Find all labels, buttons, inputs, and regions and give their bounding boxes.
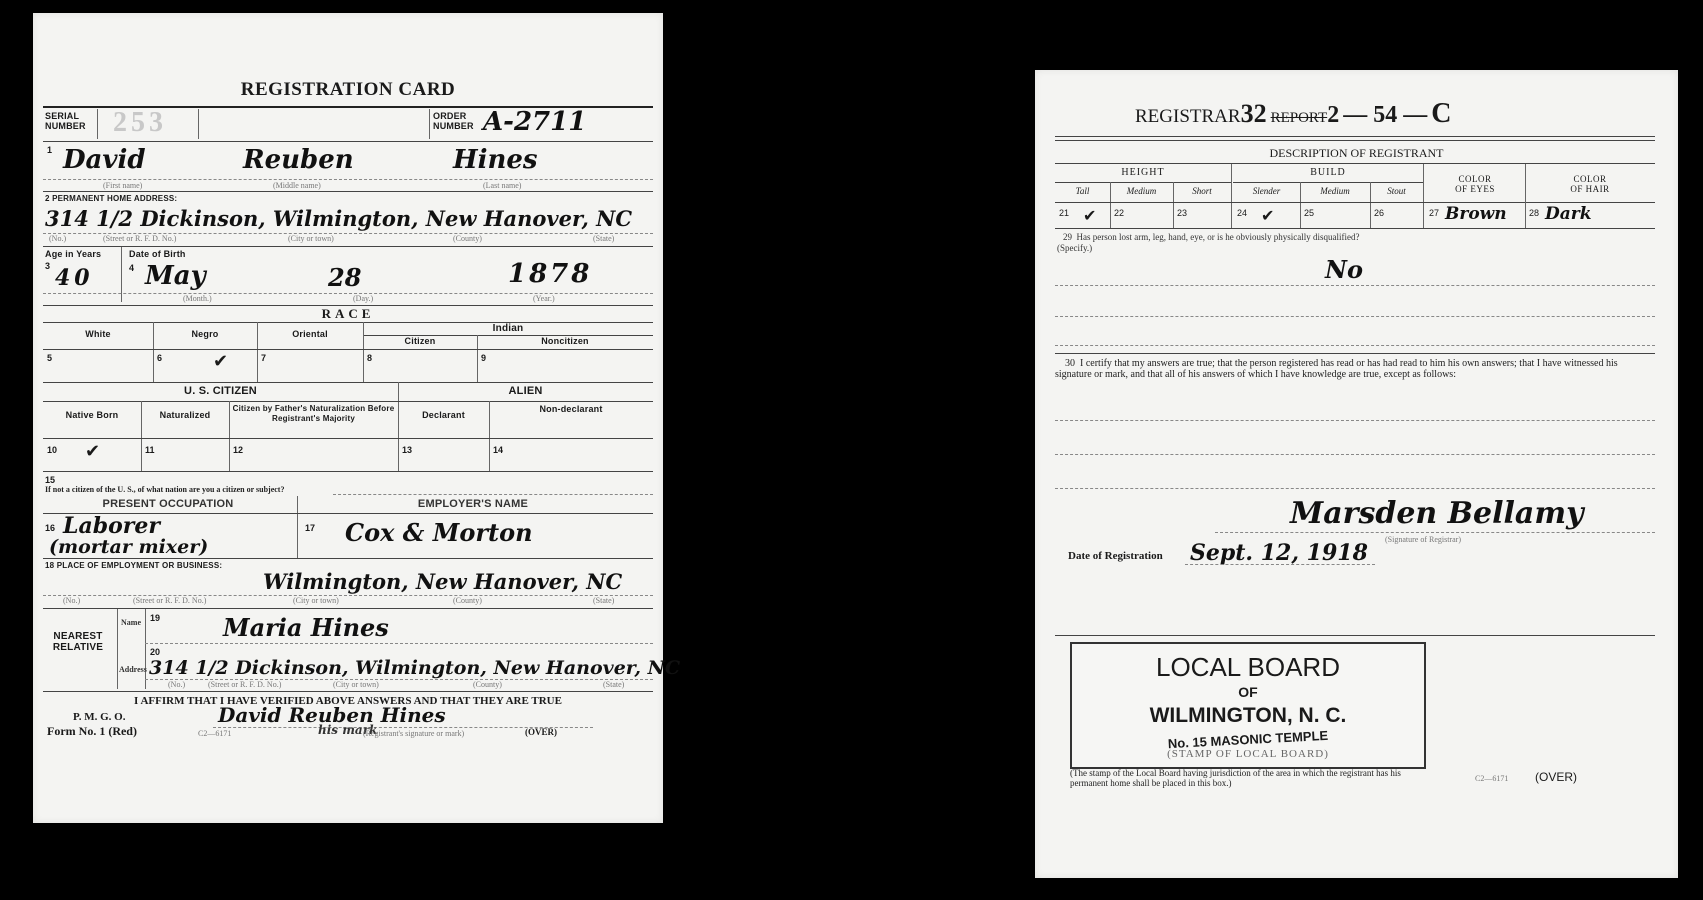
divider (257, 322, 258, 382)
q30-certification: 30 I certify that my answers are true; t… (1055, 358, 1655, 380)
field-number: 19 (150, 613, 160, 623)
divider (1231, 164, 1232, 228)
divider (363, 322, 364, 382)
caption: (State) (603, 680, 624, 689)
divider (141, 401, 142, 471)
caption: (County) (453, 596, 482, 605)
hair-color-heading: COLOR OF HAIR (1525, 174, 1655, 194)
divider (1370, 182, 1371, 228)
divider (43, 401, 653, 402)
caption: (No.) (168, 680, 185, 689)
middle-name-caption: (Middle name) (273, 181, 321, 190)
registrar-signature-caption: (Signature of Registrar) (1385, 535, 1461, 544)
stamp-line2: OF (1072, 684, 1424, 700)
registrar-signature: Marsden Bellamy (1290, 496, 1584, 531)
field-number: 20 (150, 647, 160, 657)
registrar-report-header: REGISTRAR32 REPORT2 — 54 — C (1135, 98, 1451, 130)
field-number: 12 (233, 445, 243, 455)
nearest-relative-label: NEARESTRELATIVE (43, 631, 113, 653)
field-number: 5 (47, 353, 52, 363)
divider (398, 382, 399, 472)
race-column-white: White (43, 329, 153, 339)
field-number: 16 (45, 523, 55, 533)
description-column: Tall (1055, 186, 1110, 196)
divider (1423, 164, 1424, 228)
q29-specify: (Specify.) (1057, 243, 1092, 253)
q29-answer: No (1325, 255, 1363, 284)
stamp-note: (The stamp of the Local Board having jur… (1070, 768, 1430, 788)
caption: (No.) (63, 596, 80, 605)
field-number: 26 (1374, 208, 1384, 218)
field-number: 1 (47, 145, 52, 155)
home-address-value: 314 1/2 Dickinson, Wilmington, New Hanov… (45, 206, 632, 231)
caption: (Street or R. F. D. No.) (133, 596, 206, 605)
employer-value: Cox & Morton (345, 518, 533, 547)
print-code: C2—6171 (198, 729, 231, 738)
description-column: Medium (1300, 186, 1370, 196)
citizenship-column: Declarant (398, 410, 489, 420)
date-of-registration-label: Date of Registration (1068, 550, 1163, 562)
caption: (No.) (49, 234, 66, 243)
field-number: 9 (481, 353, 486, 363)
dob-day: 28 (328, 263, 361, 292)
registration-card-front: REGISTRATION CARD SERIALNUMBER 253 ORDER… (33, 13, 663, 823)
middle-name: Reuben (243, 145, 354, 175)
divider (43, 438, 653, 439)
divider (43, 349, 653, 350)
field-number: 24 (1237, 208, 1247, 218)
field-number: 10 (47, 445, 57, 455)
description-heading: DESCRIPTION OF REGISTRANT (1035, 146, 1678, 161)
occupation-heading: PRESENT OCCUPATION (43, 498, 293, 510)
over-label: (OVER) (525, 727, 557, 737)
signature-caption: (Registrant's signature or mark) (363, 729, 464, 738)
q29-question: 29 Has person lost arm, leg, hand, eye, … (1063, 232, 1359, 242)
height-heading: HEIGHT (1055, 167, 1231, 178)
race-column-oriental: Oriental (257, 329, 363, 339)
card-title: REGISTRATION CARD (33, 79, 663, 101)
race-column-citizen: Citizen (363, 336, 477, 346)
field-number: 7 (261, 353, 266, 363)
race-indian-heading: Indian (363, 323, 653, 334)
stamp-line3: WILMINGTON, N. C. (1072, 704, 1424, 728)
caption: (County) (473, 680, 502, 689)
caption: (Street or R. F. D. No.) (208, 680, 281, 689)
caption: (Year.) (533, 294, 555, 303)
divider (1173, 182, 1174, 228)
field-number: 27 (1429, 208, 1439, 218)
race-heading: RACE (33, 306, 663, 322)
field-number: 4 (129, 263, 134, 273)
caption: (State) (593, 234, 614, 243)
relative-address-value: 314 1/2 Dickinson, Wilmington, New Hanov… (149, 657, 680, 679)
order-number-label: ORDERNUMBER (433, 111, 474, 131)
divider (43, 382, 653, 383)
citizenship-column: Native Born (43, 410, 141, 420)
form-id-line2: Form No. 1 (Red) (47, 724, 137, 739)
order-number-value: A-2711 (483, 107, 586, 137)
employer-heading: EMPLOYER'S NAME (293, 498, 653, 510)
field-number: 6 (157, 353, 162, 363)
native-born-check-mark: ✔ (85, 441, 100, 462)
field-number: 15 (45, 475, 55, 485)
divider (1055, 182, 1231, 183)
local-board-stamp-box: LOCAL BOARD OF WILMINGTON, N. C. No. 15 … (1070, 642, 1426, 769)
caption: (State) (593, 596, 614, 605)
field-number: 8 (367, 353, 372, 363)
caption: (City or town) (288, 234, 334, 243)
build-heading: BUILD (1233, 167, 1423, 178)
us-citizen-heading: U. S. CITIZEN (43, 385, 398, 397)
divider (1055, 202, 1425, 203)
eye-color-value: Brown (1445, 204, 1507, 224)
citizenship-column: Citizen by Father's Naturalization Befor… (229, 404, 398, 424)
description-column: Short (1173, 186, 1231, 196)
relative-name-value: Maria Hines (223, 613, 389, 642)
divider (153, 322, 154, 382)
q15-question: If not a citizen of the U. S., of what n… (45, 485, 284, 494)
last-name: Hines (453, 145, 538, 175)
registration-card-back: REGISTRAR32 REPORT2 — 54 — C DESCRIPTION… (1035, 70, 1678, 878)
field-number: 23 (1177, 208, 1187, 218)
eye-color-heading: COLOR OF EYES (1425, 174, 1525, 194)
field-number: 13 (402, 445, 412, 455)
field-number: 17 (305, 523, 315, 533)
relative-name-label: Name (121, 618, 141, 627)
over-label: (OVER) (1535, 770, 1577, 784)
field-number: 14 (493, 445, 503, 455)
field-number: 28 (1529, 208, 1539, 218)
stamp-caption: (STAMP OF LOCAL BOARD) (1072, 748, 1424, 760)
form-id-line1: P. M. G. O. (73, 711, 125, 723)
divider (1525, 164, 1526, 228)
divider (43, 471, 653, 472)
check-mark: ✔ (1083, 206, 1096, 225)
divider (1425, 202, 1525, 203)
citizenship-column: Non-declarant (489, 404, 653, 414)
description-column: Medium (1110, 186, 1173, 196)
dob-year: 1878 (508, 259, 592, 289)
caption: (Street or R. F. D. No.) (103, 234, 176, 243)
dob-month: May (145, 261, 206, 291)
description-column: Stout (1370, 186, 1423, 196)
divider (1300, 182, 1301, 228)
divider (1525, 202, 1655, 203)
field-number: 22 (1114, 208, 1124, 218)
caption: (City or town) (293, 596, 339, 605)
race-check-mark: ✔ (213, 351, 228, 372)
race-column-negro: Negro (153, 329, 257, 339)
field-number: 21 (1059, 208, 1069, 218)
divider (489, 401, 490, 471)
age-value: 40 (55, 265, 94, 291)
last-name-caption: (Last name) (483, 181, 521, 190)
caption: (Month.) (183, 294, 212, 303)
place-of-employment-label: 18 PLACE OF EMPLOYMENT OR BUSINESS: (45, 561, 222, 570)
age-label: Age in Years (45, 249, 101, 259)
field-number: 11 (145, 445, 155, 455)
hair-color-value: Dark (1545, 204, 1592, 224)
relative-address-label: Address (119, 665, 147, 674)
print-code: C2—6171 (1475, 774, 1508, 783)
caption: (City or town) (333, 680, 379, 689)
caption: (Day.) (353, 294, 373, 303)
dob-label: Date of Birth (129, 249, 186, 259)
divider (1110, 182, 1111, 228)
occupation-line2: (mortar mixer) (49, 536, 208, 558)
check-mark: ✔ (1261, 206, 1274, 225)
field-number: 3 (45, 261, 50, 271)
home-address-label: 2 PERMANENT HOME ADDRESS: (45, 194, 177, 203)
race-column-noncitizen: Noncitizen (477, 336, 653, 346)
divider (1233, 182, 1423, 183)
field-number: 25 (1304, 208, 1314, 218)
divider (229, 401, 230, 471)
place-of-employment-value: Wilmington, New Hanover, NC (263, 569, 622, 594)
date-of-registration-value: Sept. 12, 1918 (1190, 540, 1368, 566)
serial-number-value: 253 (113, 107, 167, 139)
first-name-caption: (First name) (103, 181, 142, 190)
serial-number-label: SERIALNUMBER (45, 111, 86, 131)
caption: (County) (453, 234, 482, 243)
stamp-line1: LOCAL BOARD (1072, 652, 1424, 683)
divider (477, 335, 478, 382)
description-column: Slender (1233, 186, 1300, 196)
first-name: David (63, 145, 146, 175)
alien-heading: ALIEN (398, 385, 653, 397)
citizenship-column: Naturalized (141, 410, 229, 420)
